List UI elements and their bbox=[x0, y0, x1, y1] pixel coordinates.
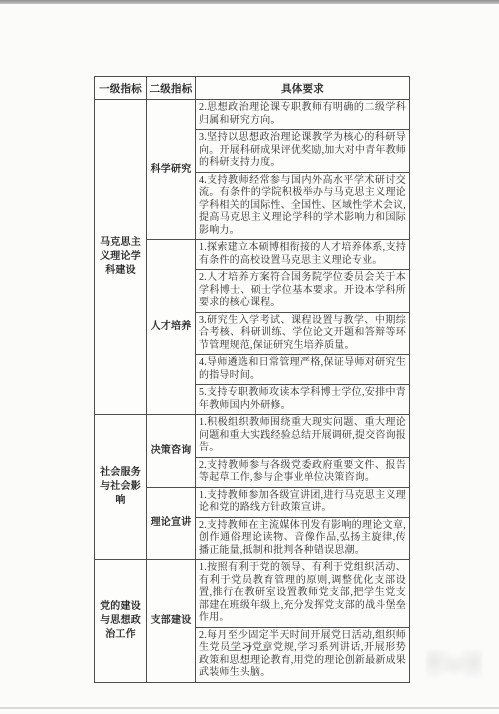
bleed-through-artifact bbox=[426, 650, 482, 678]
requirement-cell: 3.研究生入学考试、课程设置与教学、中期综合考核、科研训练、学位论文开题和答辩等… bbox=[196, 312, 410, 355]
level1-cell-party-building: 党的建设与思想政治工作 bbox=[95, 560, 147, 683]
table-row: 马克思主义理论学科建设 科学研究 2.思想政治理论课专职教师有明确的二级学科归属… bbox=[95, 100, 410, 130]
level2-cell-policy-consulting: 决策咨询 bbox=[147, 415, 196, 488]
requirement-cell: 4.支持教师经常参与国内外高水平学术研讨交流。有条件的学院积极举办与马克思主义理… bbox=[196, 172, 410, 240]
page-number: — 7 — bbox=[0, 644, 499, 656]
level1-cell-marxism-discipline: 马克思主义理论学科建设 bbox=[95, 100, 147, 415]
requirement-cell: 1.支持教师参加各级宣讲团,进行马克思主义理论和党的路线方针政策宣讲。 bbox=[196, 487, 410, 517]
requirement-cell: 1.探索建立本硕博相衔接的人才培养体系,支持有条件的高校设置马克思主义理论专业。 bbox=[196, 240, 410, 270]
requirement-cell: 3.坚持以思想政治理论课教学为核心的科研导向。开展科研成果评优奖励,加大对中青年… bbox=[196, 130, 410, 173]
level2-cell-branch-building: 支部建设 bbox=[147, 560, 196, 683]
requirement-cell: 4.导师遴选和日常管理严格,保证导师对研究生的指导时间。 bbox=[196, 355, 410, 385]
level2-cell-scientific-research: 科学研究 bbox=[147, 100, 196, 240]
requirement-cell: 2.思想政治理论课专职教师有明确的二级学科归属和研究方向。 bbox=[196, 100, 410, 130]
level2-cell-theory-lecturing: 理论宣讲 bbox=[147, 487, 196, 560]
header-cell-level2: 二级指标 bbox=[147, 77, 196, 100]
requirement-cell: 2.支持教师在主流媒体刊发有影响的理论文章,创作通俗理论读物、音像作品,弘扬主旋… bbox=[196, 517, 410, 560]
table-row: 社会服务与社会影响 决策咨询 1.积极组织教师围绕重大现实问题、重大理论问题和重… bbox=[95, 415, 410, 458]
indicator-table: 一级指标 二级指标 具体要求 马克思主义理论学科建设 科学研究 2.思想政治理论… bbox=[94, 76, 410, 683]
scanned-document-page: { "page": { "number_label": "— 7 —" }, "… bbox=[0, 0, 499, 714]
table-row: 党的建设与思想政治工作 支部建设 1.按照有利于党的领导、有利于党组织活动、有利… bbox=[95, 560, 410, 628]
scan-edge-bottom bbox=[0, 707, 499, 709]
header-cell-level1: 一级指标 bbox=[95, 77, 147, 100]
level1-cell-social-service: 社会服务与社会影响 bbox=[95, 415, 147, 560]
requirement-cell: 1.积极组织教师围绕重大现实问题、重大理论问题和重大实践经验总结开展调研,提交咨… bbox=[196, 415, 410, 458]
requirement-cell: 2.支持教师参与各级党委政府重要文件、报告等起草工作,参与企事业单位决策咨询。 bbox=[196, 457, 410, 487]
table-header-row: 一级指标 二级指标 具体要求 bbox=[95, 77, 410, 100]
requirement-cell: 2.人才培养方案符合国务院学位委员会关于本学科博士、硕士学位基本要求。开设本学科… bbox=[196, 270, 410, 313]
requirement-cell: 5.支持专职教师攻读本学科博士学位,安排中青年教师国内外研修。 bbox=[196, 385, 410, 415]
requirement-cell: 1.按照有利于党的领导、有利于党组织活动、有利于党员教育管理的原则,调整优化支部… bbox=[196, 560, 410, 628]
header-cell-requirements: 具体要求 bbox=[196, 77, 410, 100]
level2-cell-talent-cultivation: 人才培养 bbox=[147, 240, 196, 415]
scan-edge-top bbox=[0, 0, 499, 4]
